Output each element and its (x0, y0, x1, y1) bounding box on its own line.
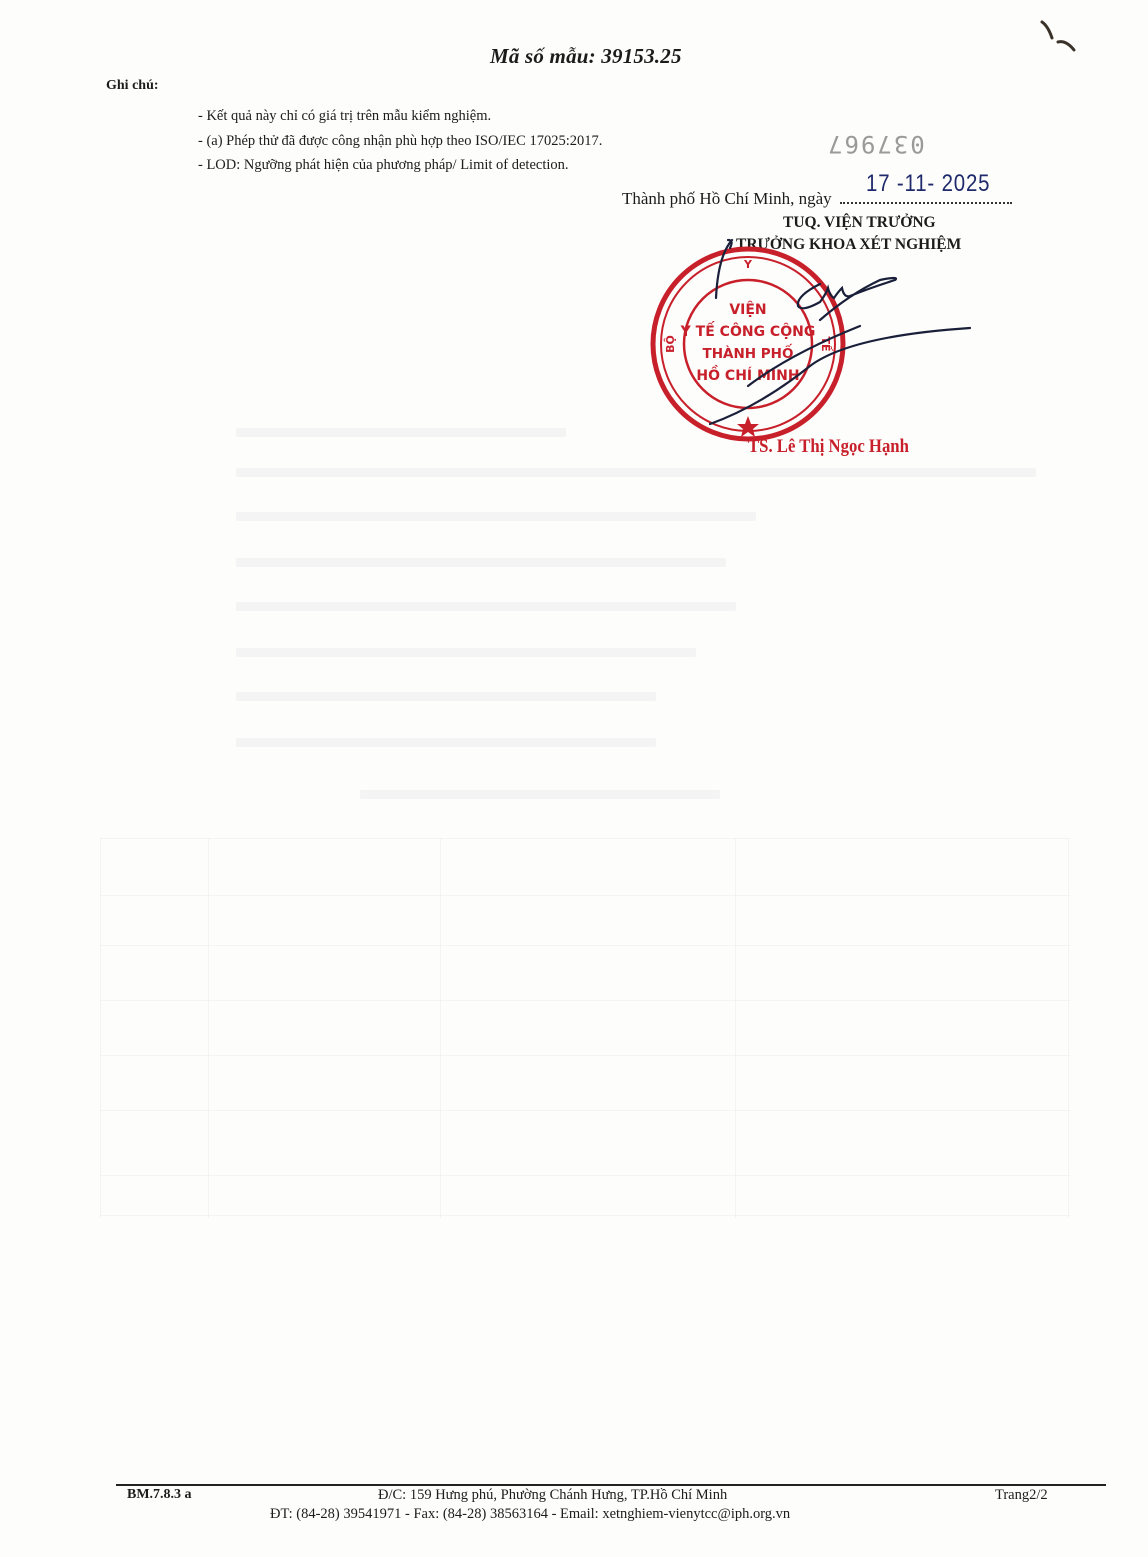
date-value: 17 -11- 2025 (866, 170, 990, 198)
sample-code: Mã số mẫu: 39153.25 (490, 44, 682, 69)
note-item: - LOD: Ngưỡng phát hiện của phương pháp/… (198, 153, 602, 178)
notes-list: - Kết quả này chỉ có giá trị trên mẫu ki… (198, 104, 602, 178)
stamp-left-text: BỘ (664, 335, 677, 353)
signer-name: TS. Lê Thị Ngọc Hạnh (748, 436, 909, 458)
footer-divider (116, 1484, 1106, 1486)
note-item: - (a) Phép thử đã được công nhận phù hợp… (198, 129, 602, 154)
footer-page-number: Trang2/2 (995, 1487, 1048, 1504)
handwritten-signature-icon (700, 236, 980, 466)
footer-form-code: BM.7.8.3 a (127, 1487, 192, 1503)
serial-number: 037967 (826, 130, 925, 158)
footer-contact: ĐT: (84-28) 39541971 - Fax: (84-28) 3856… (270, 1506, 790, 1523)
pen-mark-icon (1036, 16, 1096, 60)
date-field: 17 -11- 2025 (840, 188, 1012, 204)
footer-address: Đ/C: 159 Hưng phú, Phường Chánh Hưng, TP… (378, 1487, 727, 1504)
date-prefix: Thành phố Hồ Chí Minh, ngày (622, 189, 832, 208)
notes-label: Ghi chú: (106, 78, 159, 94)
signatory-title-1: TUQ. VIỆN TRƯỞNG (783, 214, 936, 232)
note-item: - Kết quả này chỉ có giá trị trên mẫu ki… (198, 104, 602, 129)
document-page: Mã số mẫu: 39153.25 Ghi chú: - Kết quả n… (0, 0, 1148, 1557)
date-line: Thành phố Hồ Chí Minh, ngày 17 -11- 2025 (622, 188, 1012, 209)
